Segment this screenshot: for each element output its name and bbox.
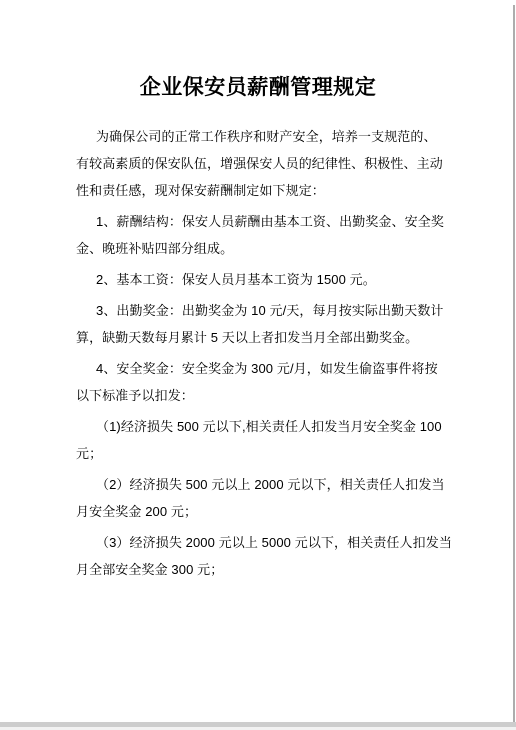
paragraph-deduction-rule-2: （2）经济损失 500 元以上 2000 元以下，相关责任人扣发当 月安全奖金 … xyxy=(76,471,444,525)
text-line: 元； xyxy=(76,440,444,467)
document-body: 为确保公司的正常工作秩序和财产安全，培养一支规范的、 有较高素质的保安队伍，增强… xyxy=(76,123,444,587)
text-line: 以下标准予以扣发： xyxy=(76,382,444,409)
text-line: （2）经济损失 500 元以上 2000 元以下，相关责任人扣发当 xyxy=(76,471,444,498)
text-line: 性和责任感，现对保安薪酬制定如下规定： xyxy=(76,177,444,204)
text-line: 为确保公司的正常工作秩序和财产安全，培养一支规范的、 xyxy=(76,123,444,150)
text-line: 3、出勤奖金：出勤奖金为 10 元/天，每月按实际出勤天数计 xyxy=(76,297,444,324)
text-line: 有较高素质的保安队伍，增强保安人员的纪律性、积极性、主动 xyxy=(76,150,444,177)
paragraph-salary-structure: 1、薪酬结构：保安人员薪酬由基本工资、出勤奖金、安全奖 金、晚班补贴四部分组成。 xyxy=(76,208,444,262)
text-line: 算，缺勤天数每月累计 5 天以上者扣发当月全部出勤奖金。 xyxy=(76,324,444,351)
paragraph-intro: 为确保公司的正常工作秩序和财产安全，培养一支规范的、 有较高素质的保安队伍，增强… xyxy=(76,123,444,204)
text-line: 4、安全奖金：安全奖金为 300 元/月，如发生偷盗事件将按 xyxy=(76,355,444,382)
document-page: 企业保安员薪酬管理规定 为确保公司的正常工作秩序和财产安全，培养一支规范的、 有… xyxy=(0,0,516,730)
paragraph-deduction-rule-3: （3）经济损失 2000 元以上 5000 元以下，相关责任人扣发当 月全部安全… xyxy=(76,529,444,583)
text-line: （3）经济损失 2000 元以上 5000 元以下，相关责任人扣发当 xyxy=(76,529,444,556)
text-line: 2、基本工资：保安人员月基本工资为 1500 元。 xyxy=(76,266,444,293)
document-title: 企业保安员薪酬管理规定 xyxy=(0,72,516,102)
paragraph-safety-bonus: 4、安全奖金：安全奖金为 300 元/月，如发生偷盗事件将按 以下标准予以扣发： xyxy=(76,355,444,409)
text-line: 月全部安全奖金 300 元； xyxy=(76,556,444,583)
paragraph-deduction-rule-1: （1)经济损失 500 元以下,相关责任人扣发当月安全奖金 100 元； xyxy=(76,413,444,467)
text-line: （1)经济损失 500 元以下,相关责任人扣发当月安全奖金 100 xyxy=(76,413,444,440)
paragraph-attendance-bonus: 3、出勤奖金：出勤奖金为 10 元/天，每月按实际出勤天数计 算，缺勤天数每月累… xyxy=(76,297,444,351)
text-line: 金、晚班补贴四部分组成。 xyxy=(76,235,444,262)
window-right-border xyxy=(513,5,515,722)
text-line: 1、薪酬结构：保安人员薪酬由基本工资、出勤奖金、安全奖 xyxy=(76,208,444,235)
text-line: 月安全奖金 200 元； xyxy=(76,498,444,525)
paragraph-base-wage: 2、基本工资：保安人员月基本工资为 1500 元。 xyxy=(76,266,444,293)
